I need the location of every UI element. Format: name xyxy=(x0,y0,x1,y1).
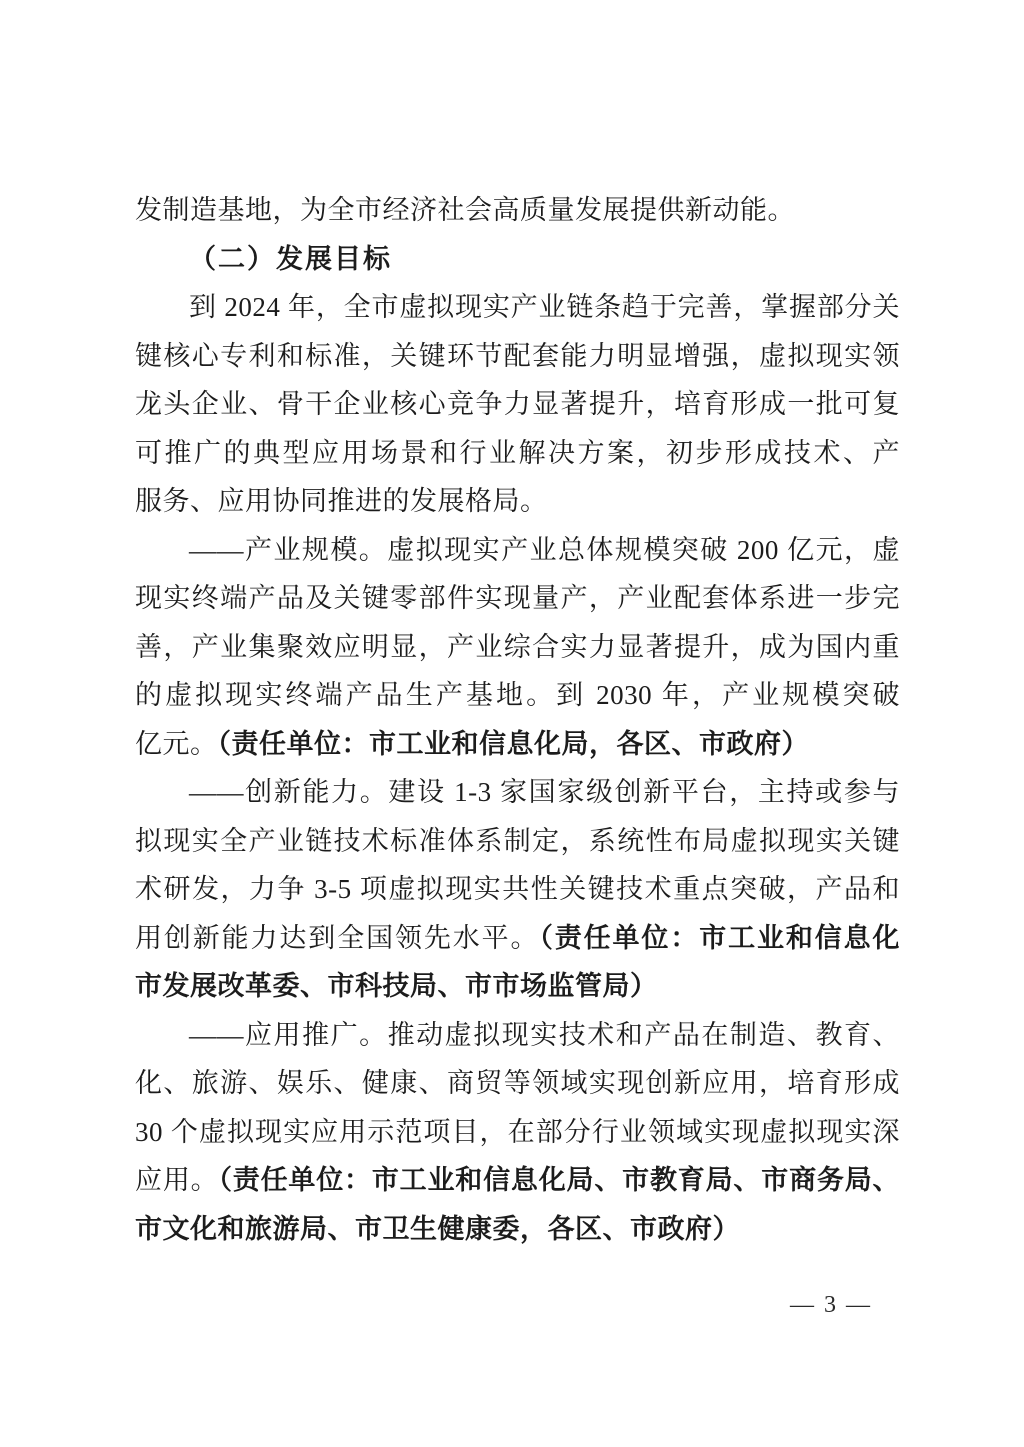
line-12: 亿元。（责任单位：市工业和信息化局，各区、市政府） xyxy=(135,720,900,769)
body-text: 可推广的典型应用场景和行业解决方案，初步形成技术、产品、 xyxy=(135,438,900,478)
line-22: 市文化和旅游局、市卫生健康委，各区、市政府） xyxy=(135,1205,900,1254)
responsible-unit-text: 市发展改革委、市科技局、市市场监管局） xyxy=(135,971,658,1001)
body-text: 现实终端产品及关键零部件实现量产，产业配套体系进一步完 xyxy=(135,583,900,613)
body-text: ——创新能力。建设 1-3 家国家级创新平台，主持或参与虚 xyxy=(135,777,900,817)
body-text: 到 2024 年，全市虚拟现实产业链条趋于完善，掌握部分关 xyxy=(189,292,900,322)
line-01: 发制造基地，为全市经济社会高质量发展提供新动能。 xyxy=(135,186,900,235)
body-text: 发制造基地，为全市经济社会高质量发展提供新动能。 xyxy=(135,195,795,225)
body-text: ——应用推广。推动虚拟现实技术和产品在制造、教育、文 xyxy=(135,1020,900,1060)
document-body: 发制造基地，为全市经济社会高质量发展提供新动能。（二）发展目标到 2024 年，… xyxy=(135,186,900,1253)
line-11: 的虚拟现实终端产品生产基地。到 2030 年，产业规模突破 1000 xyxy=(135,671,900,720)
body-text: 用创新能力达到全国领先水平。 xyxy=(135,923,539,953)
line-06: 可推广的典型应用场景和行业解决方案，初步形成技术、产品、 xyxy=(135,429,900,478)
line-21: 应用。（责任单位：市工业和信息化局、市教育局、市商务局、 xyxy=(135,1156,900,1205)
body-text: 拟现实全产业链技术标准体系制定，系统性布局虚拟现实关键技 xyxy=(135,826,900,866)
section-heading-text: （二）发展目标 xyxy=(189,244,392,274)
line-09: 现实终端产品及关键零部件实现量产，产业配套体系进一步完 xyxy=(135,574,900,623)
body-text: 键核心专利和标准，关键环节配套能力明显增强，虚拟现实领域 xyxy=(135,341,900,381)
line-10: 善，产业集聚效应明显，产业综合实力显著提升，成为国内重要 xyxy=(135,623,900,672)
line-16: 用创新能力达到全国领先水平。（责任单位：市工业和信息化局、 xyxy=(135,914,900,963)
line-20: 30 个虚拟现实应用示范项目，在部分行业领域实现虚拟现实深度 xyxy=(135,1108,900,1157)
line-07: 服务、应用协同推进的发展格局。 xyxy=(135,477,900,526)
line-02-heading: （二）发展目标 xyxy=(135,235,900,284)
responsible-unit-text: （责任单位：市工业和信息化局、市教育局、市商务局、 xyxy=(218,1165,900,1195)
body-text: 化、旅游、娱乐、健康、商贸等领域实现创新应用，培育形成 xyxy=(135,1068,900,1098)
body-text: 应用。 xyxy=(135,1165,218,1195)
line-04: 键核心专利和标准，关键环节配套能力明显增强，虚拟现实领域 xyxy=(135,332,900,381)
line-15: 术研发，力争 3-5 项虚拟现实共性关键技术重点突破，产品和应 xyxy=(135,865,900,914)
body-text: 善，产业集聚效应明显，产业综合实力显著提升，成为国内重要 xyxy=(135,632,900,672)
body-text: 30 个虚拟现实应用示范项目，在部分行业领域实现虚拟现实深度 xyxy=(135,1117,900,1157)
responsible-unit-text: （责任单位：市工业和信息化局，各区、市政府） xyxy=(218,729,810,759)
body-text: 亿元。 xyxy=(135,729,218,759)
line-14: 拟现实全产业链技术标准体系制定，系统性布局虚拟现实关键技 xyxy=(135,817,900,866)
line-19: 化、旅游、娱乐、健康、商贸等领域实现创新应用，培育形成 xyxy=(135,1059,900,1108)
line-17: 市发展改革委、市科技局、市市场监管局） xyxy=(135,962,900,1011)
responsible-unit-text: 市文化和旅游局、市卫生健康委，各区、市政府） xyxy=(135,1214,740,1244)
body-text: 服务、应用协同推进的发展格局。 xyxy=(135,486,548,516)
body-text: ——产业规模。虚拟现实产业总体规模突破 200 亿元，虚拟 xyxy=(135,535,900,575)
document-page: 发制造基地，为全市经济社会高质量发展提供新动能。（二）发展目标到 2024 年，… xyxy=(0,0,1024,1447)
line-08: ——产业规模。虚拟现实产业总体规模突破 200 亿元，虚拟 xyxy=(135,526,900,575)
line-05: 龙头企业、骨干企业核心竞争力显著提升，培育形成一批可复制、 xyxy=(135,380,900,429)
page-number: — 3 — xyxy=(790,1288,872,1322)
body-text: 术研发，力争 3-5 项虚拟现实共性关键技术重点突破，产品和应 xyxy=(135,874,900,914)
body-text: 龙头企业、骨干企业核心竞争力显著提升，培育形成一批可复制、 xyxy=(135,389,900,429)
line-18: ——应用推广。推动虚拟现实技术和产品在制造、教育、文 xyxy=(135,1011,900,1060)
body-text: 的虚拟现实终端产品生产基地。到 2030 年，产业规模突破 1000 xyxy=(135,680,900,720)
line-13: ——创新能力。建设 1-3 家国家级创新平台，主持或参与虚 xyxy=(135,768,900,817)
line-03: 到 2024 年，全市虚拟现实产业链条趋于完善，掌握部分关 xyxy=(135,283,900,332)
